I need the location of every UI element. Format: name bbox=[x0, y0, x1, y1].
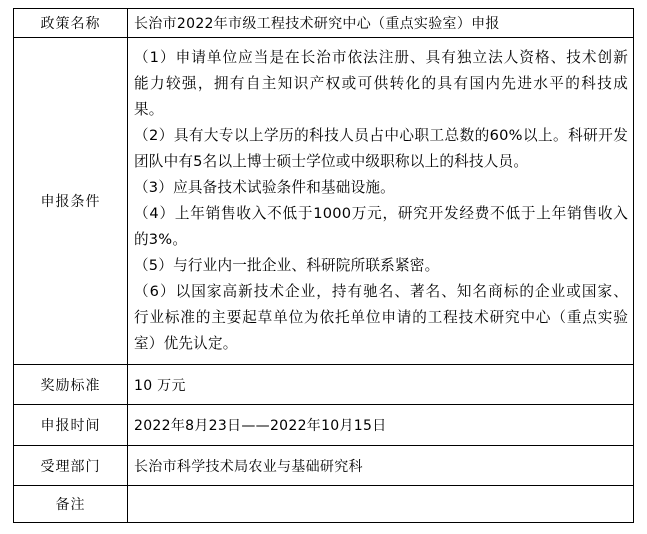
condition-3: （3）应具备技术试验条件和基础设施。 bbox=[134, 175, 628, 201]
condition-line: 室）优先认定。 bbox=[134, 331, 628, 357]
condition-line: 能力较强，拥有自主知识产权或可供转化的具有国内先进水平的科技成 bbox=[134, 71, 628, 97]
row-remarks: 备注 bbox=[14, 486, 634, 523]
label-remarks: 备注 bbox=[14, 486, 128, 523]
row-policy-name: 政策名称 长治市2022年市级工程技术研究中心（重点实验室）申报 bbox=[14, 9, 634, 38]
value-department: 长治市科学技术局农业与基础研究科 bbox=[128, 446, 634, 486]
condition-line: （5）与行业内一批企业、科研院所联系紧密。 bbox=[134, 253, 628, 279]
application-period-text: 2022年8月23日——2022年10月15日 bbox=[134, 418, 387, 434]
policy-name-text: 长治市2022年市级工程技术研究中心（重点实验室）申报 bbox=[134, 16, 500, 32]
condition-line: （2）具有大专以上学历的科技人员占中心职工总数的60%以上。科研开发 bbox=[134, 123, 628, 149]
label-conditions: 申报条件 bbox=[14, 38, 128, 365]
condition-line: （4）上年销售收入不低于1000万元，研究开发经费不低于上年销售收入 bbox=[134, 201, 628, 227]
condition-line: （3）应具备技术试验条件和基础设施。 bbox=[134, 175, 628, 201]
condition-6: （6）以国家高新技术企业，持有驰名、著名、知名商标的企业或国家、 行业标准的主要… bbox=[134, 279, 628, 357]
department-text: 长治市科学技术局农业与基础研究科 bbox=[134, 459, 363, 475]
reward-text: 10 万元 bbox=[134, 378, 186, 394]
label-department: 受理部门 bbox=[14, 446, 128, 486]
condition-1: （1）申请单位应当是在长治市依法注册、具有独立法人资格、技术创新 能力较强，拥有… bbox=[134, 45, 628, 123]
row-reward: 奖励标准 10 万元 bbox=[14, 365, 634, 405]
condition-line: （6）以国家高新技术企业，持有驰名、著名、知名商标的企业或国家、 bbox=[134, 279, 628, 305]
condition-line: 行业标准的主要起草单位为依托单位申请的工程技术研究中心（重点实验 bbox=[134, 305, 628, 331]
row-conditions: 申报条件 （1）申请单位应当是在长治市依法注册、具有独立法人资格、技术创新 能力… bbox=[14, 38, 634, 365]
row-application-period: 申报时间 2022年8月23日——2022年10月15日 bbox=[14, 405, 634, 446]
value-reward: 10 万元 bbox=[128, 365, 634, 405]
value-policy-name: 长治市2022年市级工程技术研究中心（重点实验室）申报 bbox=[128, 9, 634, 38]
label-application-period: 申报时间 bbox=[14, 405, 128, 446]
row-department: 受理部门 长治市科学技术局农业与基础研究科 bbox=[14, 446, 634, 486]
condition-2: （2）具有大专以上学历的科技人员占中心职工总数的60%以上。科研开发 团队中有5… bbox=[134, 123, 628, 175]
condition-line: （1）申请单位应当是在长治市依法注册、具有独立法人资格、技术创新 bbox=[134, 45, 628, 71]
conditions-list: （1）申请单位应当是在长治市依法注册、具有独立法人资格、技术创新 能力较强，拥有… bbox=[134, 40, 628, 363]
value-application-period: 2022年8月23日——2022年10月15日 bbox=[128, 405, 634, 446]
condition-line: 团队中有5名以上博士硕士学位或中级职称以上的科技人员。 bbox=[134, 149, 628, 175]
condition-5: （5）与行业内一批企业、科研院所联系紧密。 bbox=[134, 253, 628, 279]
label-policy-name: 政策名称 bbox=[14, 9, 128, 38]
policy-table: 政策名称 长治市2022年市级工程技术研究中心（重点实验室）申报 申报条件 （1… bbox=[13, 8, 634, 523]
condition-line: 果。 bbox=[134, 97, 628, 123]
value-conditions: （1）申请单位应当是在长治市依法注册、具有独立法人资格、技术创新 能力较强，拥有… bbox=[128, 38, 634, 365]
condition-4: （4）上年销售收入不低于1000万元，研究开发经费不低于上年销售收入 的3%。 bbox=[134, 201, 628, 253]
label-reward: 奖励标准 bbox=[14, 365, 128, 405]
value-remarks bbox=[128, 486, 634, 523]
condition-line: 的3%。 bbox=[134, 227, 628, 253]
